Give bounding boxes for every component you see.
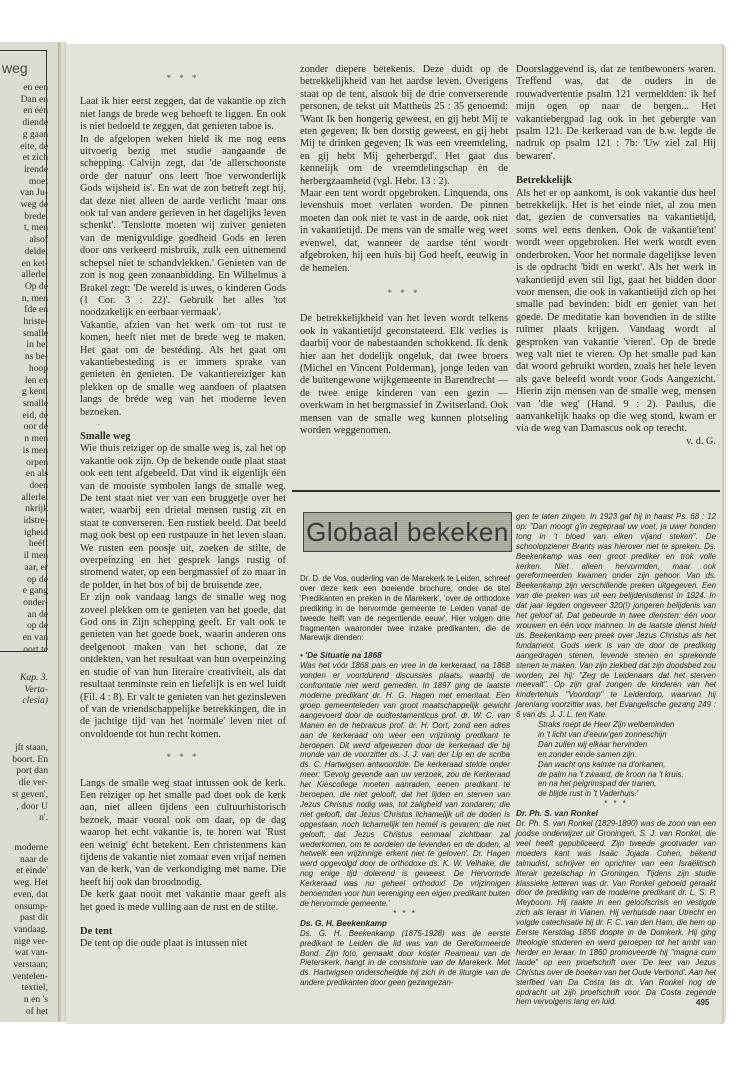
paragraph: De kerk gaat nooit met vakantie maar gee… [80,889,286,914]
poem-line: de blijde rust in 't Vaderhuis.' [538,789,716,799]
section-separator: * * * [516,799,716,809]
magazine-page: * * * Laat ik hier eerst zeggen, dat de … [66,44,722,1024]
paragraph: Er zijn ook vandaag langs de smalle weg … [80,592,286,741]
sidebar-paragraph: Dr. Ph. S. van Ronkel (1829-1890) was de… [516,819,716,1007]
facing-page-citation: Kap. 3.Verta-clesia) [20,672,48,707]
facing-page-text-middle: jft staan,boort. Enport dandie ver-st ge… [12,742,48,824]
sidebar-title-box: Globaal bekeken [303,512,512,552]
paragraph: In de afgelopen weken hield ik me nog ee… [80,134,286,320]
poem-line: Straks roept de Heer Zijn welbeminden [538,720,716,730]
sidebar-heading-beekenkamp: Ds. G. H. Beekenkamp [300,919,510,929]
section-separator: * * * [80,72,286,84]
facing-page-fragment: weg en eenDan enen ééndiendeg gaaneite, … [0,42,60,1022]
sidebar-paragraph: Was het vóór 1868 pais en vree in de ker… [300,661,510,909]
sidebar-paragraph: Ds. G. H. Beekenkamp (1875-1928) was de … [300,929,510,988]
section-separator: * * * [300,909,510,919]
paragraph: Laat ik hier eerst zeggen, dat de vakant… [80,96,286,133]
paragraph: Maar een tent wordt opgebroken. Linquend… [300,188,508,275]
sidebar-heading-van-ronkel: Dr. Ph. S. van Ronkel [516,809,716,819]
hymn-verse: Straks roept de Heer Zijn welbeminden in… [516,720,716,799]
article-column-1: * * * Laat ik hier eerst zeggen, dat de … [80,66,286,951]
poem-line: Dan wacht ons kalmte na d'orkanen, [538,760,716,770]
subheading-de-tent: De tent [80,926,286,938]
paragraph: Doorslaggevend is, dat ze tentbewoners w… [516,64,716,163]
author-signature: v. d. G. [516,436,716,448]
facing-page-box-title: weg [2,60,28,76]
poem-line: in 't licht van d'eeuw'gen zonneschijn [538,730,716,740]
subheading-betrekkelijk: Betrekkelijk [516,175,716,187]
poem-line: en na het pelgrimspad der tranen, [538,779,716,789]
paragraph: Wie thuis reiziger op de smalle weg is, … [80,443,286,592]
poem-line: de palm na 't zwaard, de kroon na 't kru… [538,770,716,780]
paragraph: De tent op die oude plaat is intussen ni… [80,938,286,950]
article-column-2: zonder diepere betekenis. Deze duidt op … [300,64,508,437]
paragraph: De betrekkelijkheid van het leven wordt … [300,313,508,437]
horizontal-divider [292,490,720,492]
section-separator: * * * [300,287,508,299]
paragraph: Als het er op aankomt, is ook vakantie d… [516,188,716,436]
section-separator: * * * [80,751,286,763]
sidebar-intro: Dr. D. de Vos, ouderling van de Marekerk… [300,574,510,643]
paragraph: Vakantie, afzien van het werk om tot rus… [80,320,286,419]
facing-page-text-bottom: modernenaar deet einde'weg. Heteven, dat… [12,842,48,1018]
poem-line: en zonder einde samen zijn. [538,750,716,760]
sidebar-column-2: gen te laten zingen. In 1923 gaf hij in … [516,512,716,1007]
book-gutter [58,42,66,1022]
facing-page-text-top: en eenDan enen ééndiendeg gaaneite, deet… [20,82,48,655]
page-number: 495 [696,998,709,1007]
subheading-smalle-weg: Smalle weg [80,431,286,443]
article-column-3: Doorslaggevend is, dat ze tentbewoners w… [516,64,716,448]
sidebar-title: Globaal bekeken [306,517,509,548]
poem-line: Dan zullen wij elkaar hervinden [538,740,716,750]
sidebar-column-1: Dr. D. de Vos, ouderling van de Marekerk… [300,574,510,988]
sidebar-paragraph-continued: gen te laten zingen. In 1923 gaf hij in … [516,512,716,720]
sidebar-heading-situatie: • 'De Situatie na 1868 [300,651,510,661]
paragraph: Langs de smalle weg staat intussen ook d… [80,778,286,890]
paragraph: zonder diepere betekenis. Deze duidt op … [300,64,508,188]
